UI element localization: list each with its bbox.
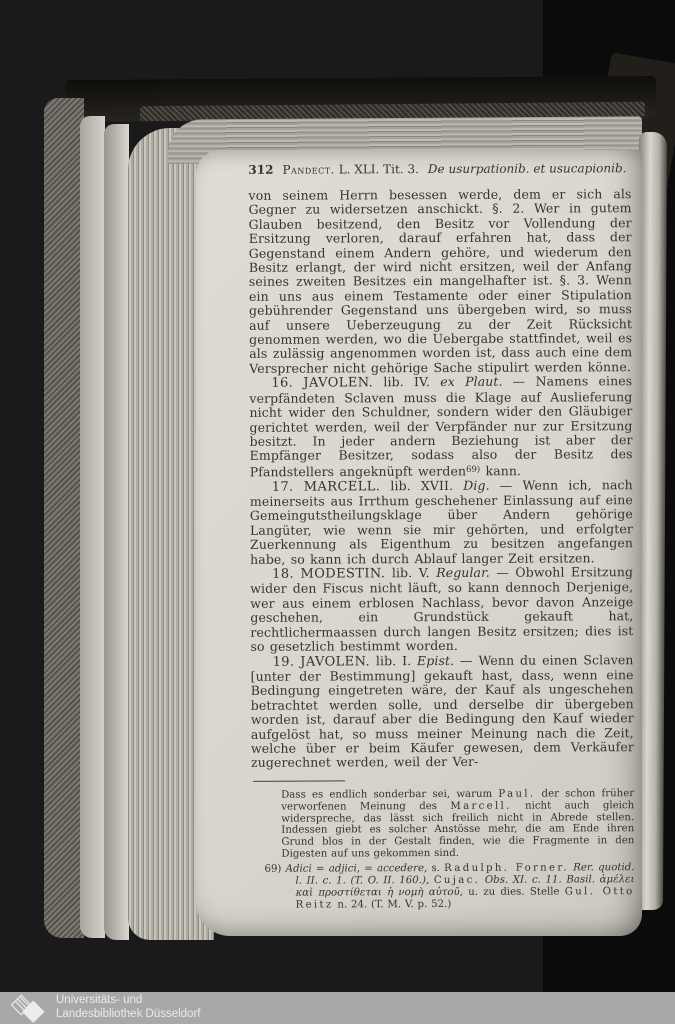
section-paragraph-17: 17. MARCELL. lib. XVII. Dig. — Wenn ich,…: [250, 478, 633, 567]
footnote-comment-text: Dass es endlich sonderbar sei, warum: [281, 789, 498, 801]
section-number: 16.: [271, 376, 293, 391]
page-edge-band: [104, 124, 129, 940]
footnote-69: 69) Adici = adjici, = accedere, s. Radul…: [251, 862, 634, 911]
footnote-69-name: Cujac.: [434, 875, 480, 886]
section-dash: —: [513, 374, 526, 389]
running-header-title: De usurpationib. et usucapionib.: [428, 161, 627, 176]
footnote-69-citation: Obs. XI. c. 11.: [480, 875, 566, 886]
section-lib: lib. XVII.: [390, 478, 453, 493]
section-work: Epist.: [417, 652, 454, 667]
watermark-text: Universitäts- und Landesbibliothek Düsse…: [56, 994, 200, 1021]
section-author: JAVOLEN.: [303, 376, 373, 391]
section-lib: lib. V.: [392, 565, 430, 580]
footnote-comment: Dass es endlich sonderbar sei, warum Pau…: [281, 788, 634, 861]
watermark-line2: Landesbibliothek Düsseldorf: [56, 1008, 200, 1022]
section-number: 17.: [272, 479, 294, 494]
section-number: 18.: [272, 567, 294, 582]
scanned-book-photo: 312Pandect. L. XLI. Tit. 3.De usurpation…: [0, 0, 675, 1024]
section-author: JAVOLEN.: [300, 654, 370, 669]
section-paragraph-19: 19. JAVOLEN. lib. I. Epist. — Wenn du ei…: [251, 653, 635, 771]
section-lib: lib. IV.: [383, 374, 430, 389]
section-dash: —: [460, 652, 473, 667]
running-header-cite: L. XLI. Tit. 3.: [339, 162, 419, 176]
section-lib: lib. I.: [376, 653, 411, 668]
footnote-comment-name: Marcell.: [450, 800, 511, 811]
footnote-69-text: s.: [431, 863, 444, 874]
section-text: Namens eines verpfändeten Sclaven muss d…: [249, 373, 632, 479]
book-page: 312Pandect. L. XLI. Tit. 3.De usurpation…: [196, 150, 642, 936]
page-text-block: 312Pandect. L. XLI. Tit. 3.De usurpation…: [248, 161, 634, 911]
page-number: 312: [248, 163, 273, 177]
footnote-69-latin: Adici = adjici, = accedere,: [286, 863, 432, 875]
section-author: MARCELL.: [304, 479, 381, 494]
footnote-69-text: u. zu dies. Stelle: [468, 886, 565, 897]
section-author: MODESTIN.: [300, 566, 385, 581]
footnote-separator: [253, 780, 345, 781]
footnote-comment-name: Paul.: [498, 788, 535, 799]
footnote-69-citation: Basil.: [566, 874, 599, 885]
footnote-ref-69: 69): [466, 465, 480, 475]
section-paragraph-18: 18. MODESTIN. lib. V. Regular. — Obwohl …: [250, 565, 633, 654]
section-paragraph-16: 16. JAVOLEN. lib. IV. ex Plaut. — Namens…: [249, 374, 632, 479]
body-paragraph-continuation: von seinem Herrn besessen werde, dem er …: [248, 187, 632, 376]
footnote-69-text: n. 24. (T. M. V. p. 52.): [334, 899, 452, 911]
footnote-69-name: Radulph. Forner.: [444, 863, 569, 875]
book-cover-left-edge: [44, 98, 84, 938]
footnote-69-marker: 69): [264, 864, 285, 875]
ulb-duesseldorf-logo-icon: [6, 993, 50, 1023]
library-watermark-bar: Universitäts- und Landesbibliothek Düsse…: [0, 992, 675, 1024]
section-dash: —: [496, 565, 509, 580]
page-edge-band: [80, 116, 105, 938]
section-text: Wenn du einen Sclaven [unter der Bestimm…: [251, 652, 634, 771]
running-header-work: Pandect.: [282, 162, 334, 176]
section-work: ex Plaut.: [440, 374, 502, 389]
watermark-line1: Universitäts- und: [56, 994, 200, 1008]
section-number: 19.: [273, 654, 295, 669]
section-dash: —: [500, 477, 513, 492]
section-work: Dig.: [463, 477, 489, 492]
section-work: Regular.: [436, 565, 490, 580]
running-header: 312Pandect. L. XLI. Tit. 3.De usurpation…: [248, 161, 631, 177]
section-text-tail: kann.: [485, 463, 521, 478]
